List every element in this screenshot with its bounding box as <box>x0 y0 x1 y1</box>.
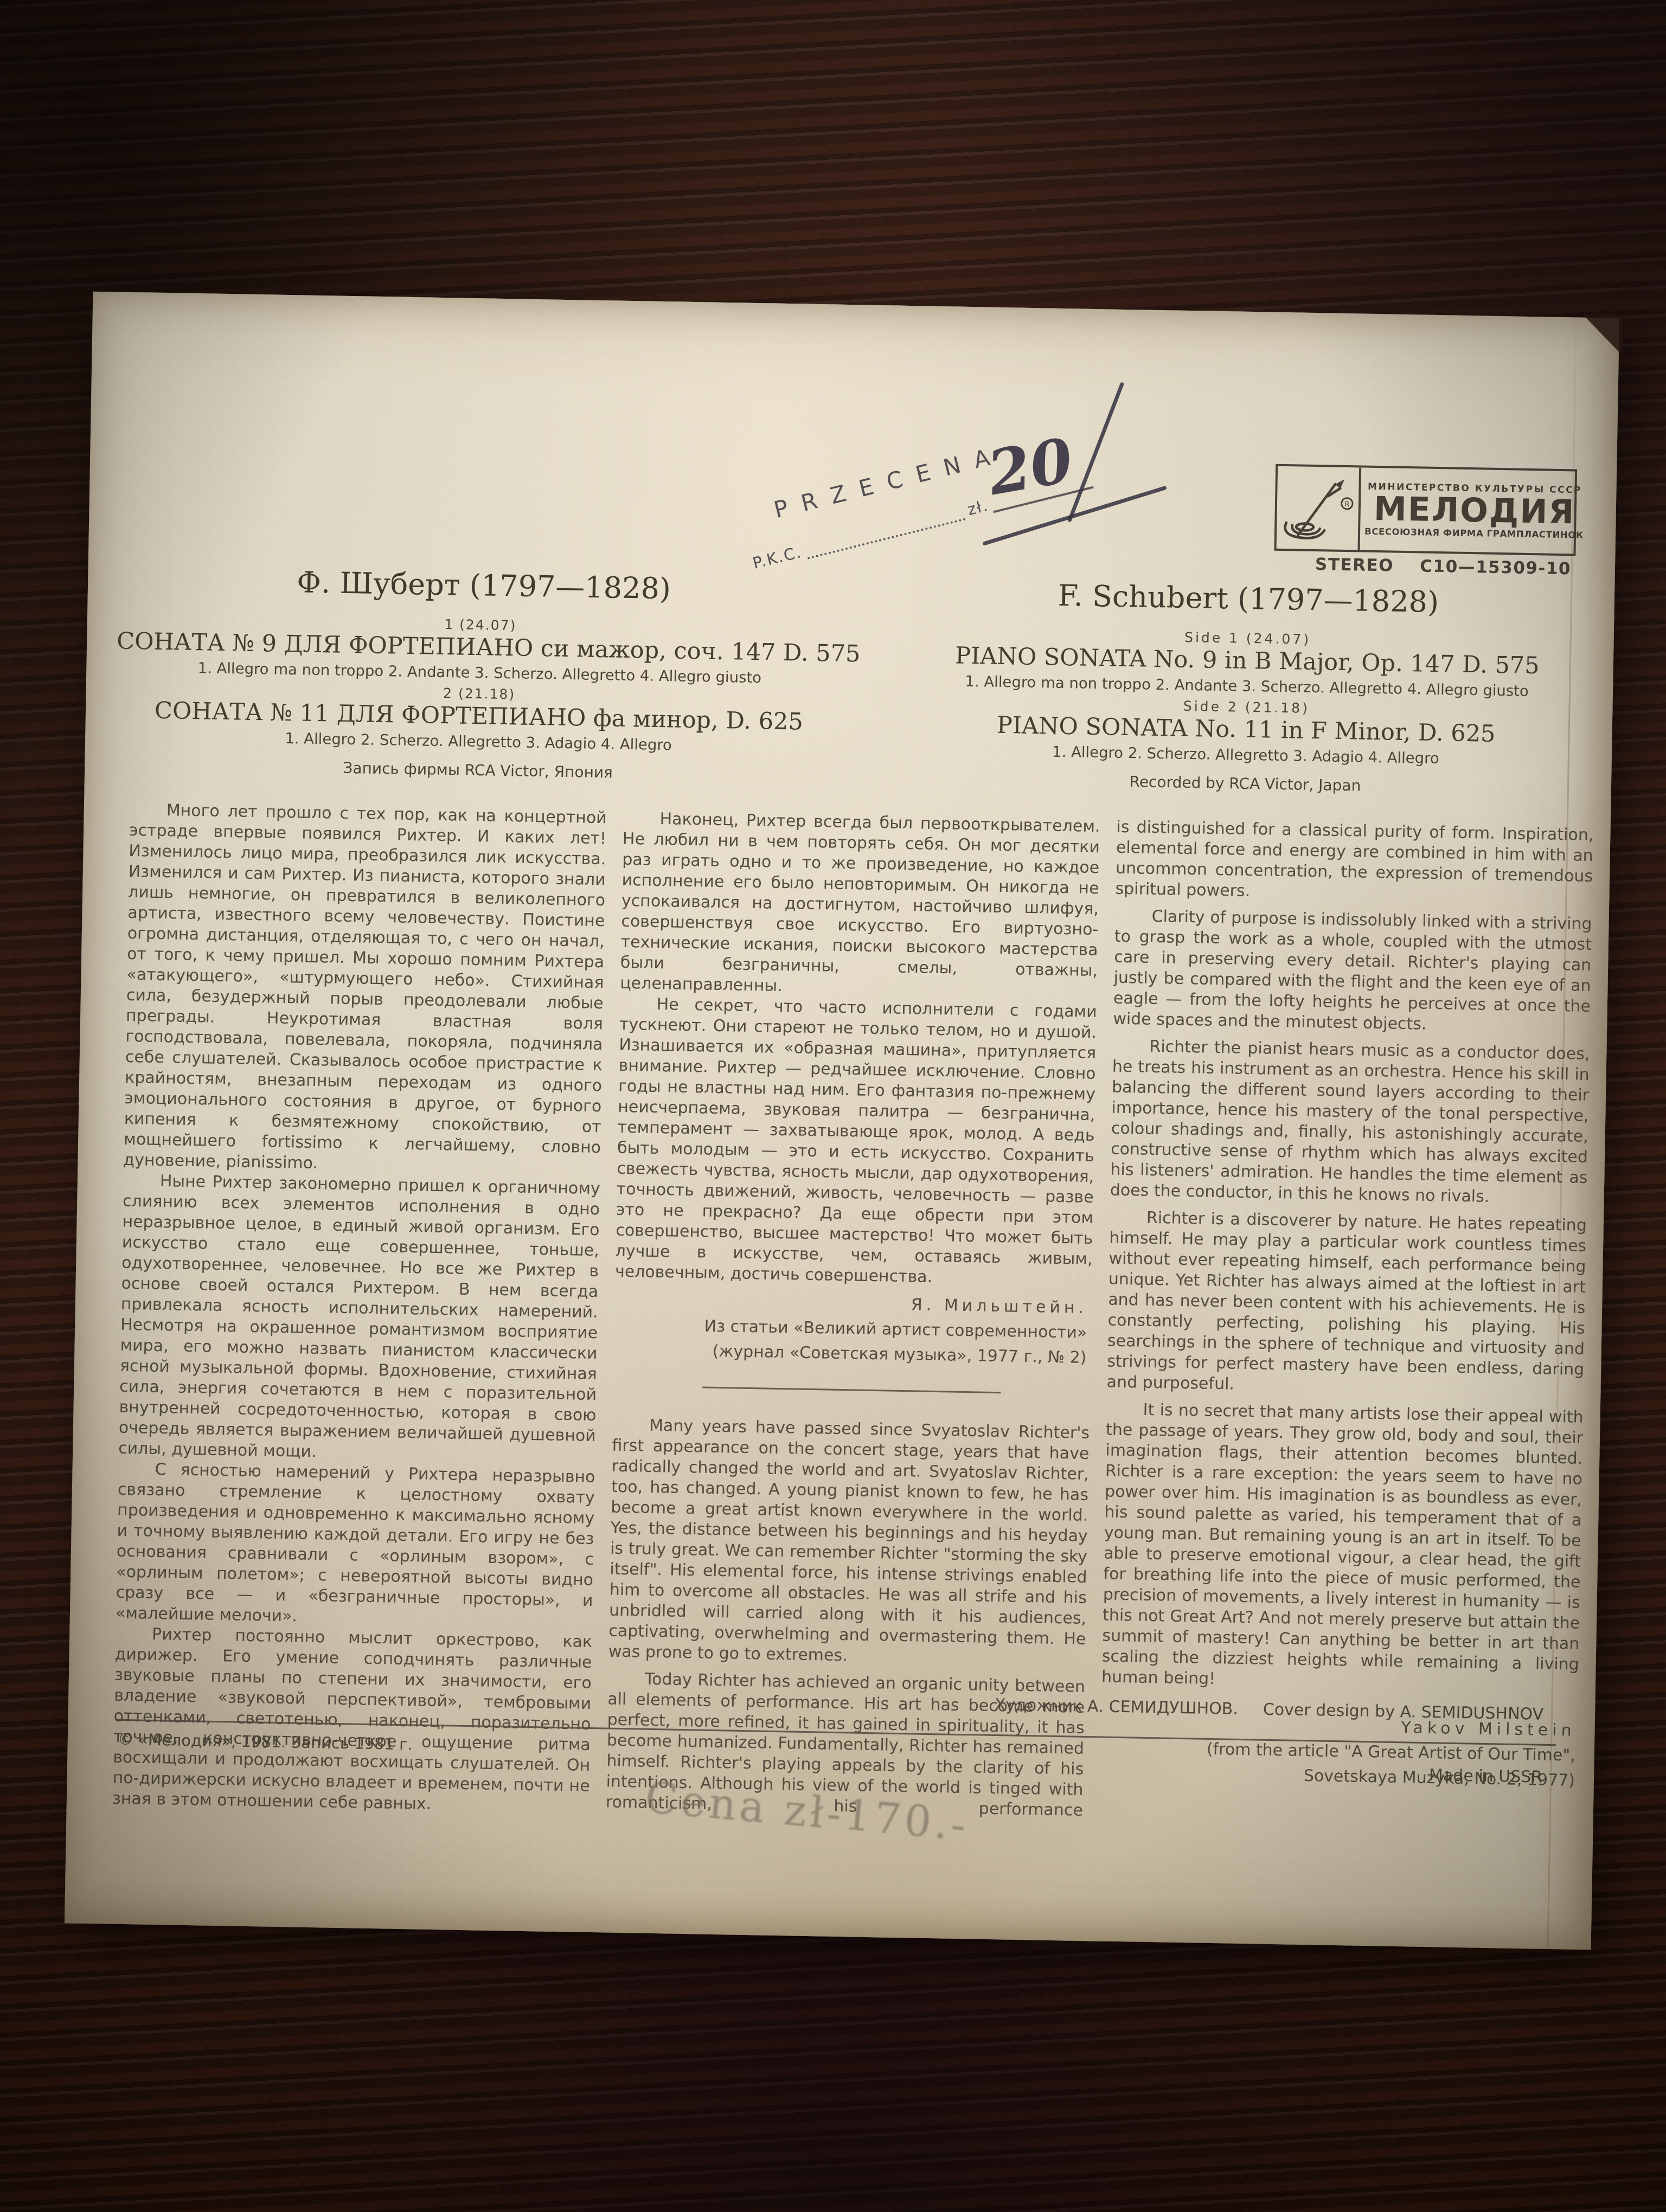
catalog-line: STEREO C10—15309-10 <box>1315 555 1572 578</box>
melodiya-label-box: R МИНИСТЕРСТВО КУЛЬТУРЫ СССР МЕЛОДИЯ ВСЕ… <box>1274 464 1577 556</box>
recording-credit-en: Recorded by RCA Victor, Japan <box>871 768 1619 799</box>
trademark-symbol: R <box>1344 500 1349 509</box>
liner-column-2: Наконец, Рихтер всегда был первооткрыват… <box>605 808 1100 1828</box>
dotted-leader <box>807 516 966 559</box>
liner-paragraph: Не секрет, что часто исполнители с годам… <box>615 994 1097 1290</box>
worn-corner <box>1582 314 1623 355</box>
record-sleeve-back: R МИНИСТЕРСТВО КУЛЬТУРЫ СССР МЕЛОДИЯ ВСЕ… <box>65 292 1619 1950</box>
liner-paragraph: is distinguished for a classical purity … <box>1115 817 1594 908</box>
liner-paragraph: Наконец, Рихтер всегда был первооткрыват… <box>620 808 1100 1002</box>
photo-of-record-sleeve: { "label_box": { "ministry": "МИНИСТЕРСТ… <box>0 0 1666 2212</box>
liner-paragraph: Ныне Рихтер закономерно пришел к органич… <box>118 1171 600 1467</box>
recording-credit-ru: Запись фирмы RCA Victor, Япония <box>114 755 841 785</box>
liner-paragraph: It is no secret that many artists lose t… <box>1101 1399 1584 1696</box>
liner-paragraph: Richter the pianist hears music as a con… <box>1110 1036 1590 1209</box>
label-text-cell: МИНИСТЕРСТВО КУЛЬТУРЫ СССР МЕЛОДИЯ ВСЕСО… <box>1360 468 1590 554</box>
catalog-number: C10—15309-10 <box>1420 556 1571 578</box>
composer-heading-en: F. Schubert (1797—1828) <box>876 575 1620 622</box>
liner-column-3: is distinguished for a classical purity … <box>1099 817 1593 1836</box>
brand-name: МЕЛОДИЯ <box>1374 492 1575 530</box>
liner-paragraph: Many years have passed since Svyatoslav … <box>608 1415 1090 1670</box>
liner-column-1: Много лет прошло с тех пор, как на конце… <box>112 800 607 1819</box>
section-divider <box>702 1387 1001 1394</box>
liner-paragraph: Clarity of purpose is indissolubly linke… <box>1113 906 1592 1038</box>
liner-paragraph: С ясностью намерений у Рихтера неразрывн… <box>116 1459 595 1632</box>
composer-heading-ru: Ф. Шуберт (1797—1828) <box>129 562 840 609</box>
melodiya-logo-icon: R <box>1277 466 1362 550</box>
pen-strokes-icon <box>956 366 1187 565</box>
attribution-block: Я. Мильштейн. Из статьи «Великий артист … <box>613 1288 1092 1371</box>
tracklist-en: Side 1 (24.07) PIANO SONATA No. 9 in B M… <box>871 624 1622 799</box>
stereo-label: STEREO <box>1315 555 1394 576</box>
tracklist-ru: 1 (24.07) СОНАТА № 9 ДЛЯ ФОРТЕПИАНО си м… <box>114 611 844 786</box>
pkc-label: P.K.C. <box>751 543 804 573</box>
liner-notes: Много лет прошло с тех пор, как на конце… <box>112 800 1594 1836</box>
liner-paragraph: Много лет прошло с тех пор, как на конце… <box>123 800 607 1179</box>
liner-paragraph: Richter is a discoverer by nature. He ha… <box>1106 1207 1587 1401</box>
